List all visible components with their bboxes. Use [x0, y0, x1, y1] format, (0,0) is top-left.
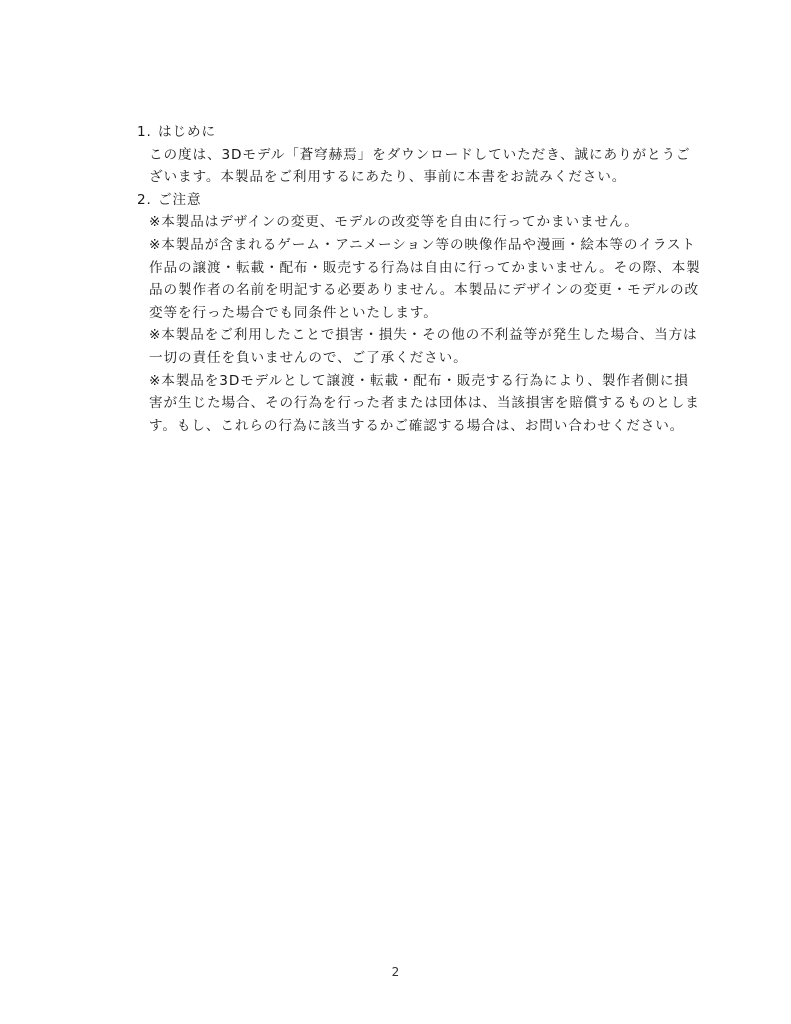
section-title: はじめに — [158, 121, 216, 144]
paragraph-line: この度は、3Dモデル「蒼穹赫焉」をダウンロードしていただき、誠にありがとうご — [137, 144, 667, 167]
document-content: 1. はじめに この度は、3Dモデル「蒼穹赫焉」をダウンロードしていただき、誠に… — [137, 121, 667, 437]
page-number: 2 — [0, 965, 791, 979]
paragraph-line: 品の製作者の名前を明記する必要ありません。本製品にデザインの変更・モデルの改 — [137, 279, 667, 302]
section-number: 2. — [137, 189, 158, 212]
paragraph-line: 作品の譲渡・転載・配布・販売する行為は自由に行ってかまいません。その際、本製 — [137, 257, 667, 280]
section-heading-notes: 2. ご注意 — [137, 189, 667, 212]
paragraph-line: ※本製品を3Dモデルとして譲渡・転載・配布・販売する行為により、製作者側に損 — [137, 370, 667, 393]
paragraph-line: ※本製品をご利用したことで損害・損失・その他の不利益等が発生した場合、当方は — [137, 324, 667, 347]
section-heading-introduction: 1. はじめに — [137, 121, 667, 144]
paragraph-line: す。もし、これらの行為に該当するかご確認する場合は、お問い合わせください。 — [137, 415, 667, 438]
section-number: 1. — [137, 121, 158, 144]
section-title: ご注意 — [158, 189, 201, 212]
paragraph-line: ざいます。本製品をご利用するにあたり、事前に本書をお読みください。 — [137, 166, 667, 189]
paragraph-line: 変等を行った場合でも同条件といたします。 — [137, 302, 667, 325]
paragraph-line: ※本製品が含まれるゲーム・アニメーション等の映像作品や漫画・絵本等のイラスト — [137, 234, 667, 257]
paragraph-line: ※本製品はデザインの変更、モデルの改変等を自由に行ってかまいません。 — [137, 211, 667, 234]
paragraph-line: 害が生じた場合、その行為を行った者または団体は、当該損害を賠償するものとしま — [137, 392, 667, 415]
document-page: 1. はじめに この度は、3Dモデル「蒼穹赫焉」をダウンロードしていただき、誠に… — [0, 0, 791, 1024]
paragraph-line: 一切の責任を負いませんので、ご了承ください。 — [137, 347, 667, 370]
